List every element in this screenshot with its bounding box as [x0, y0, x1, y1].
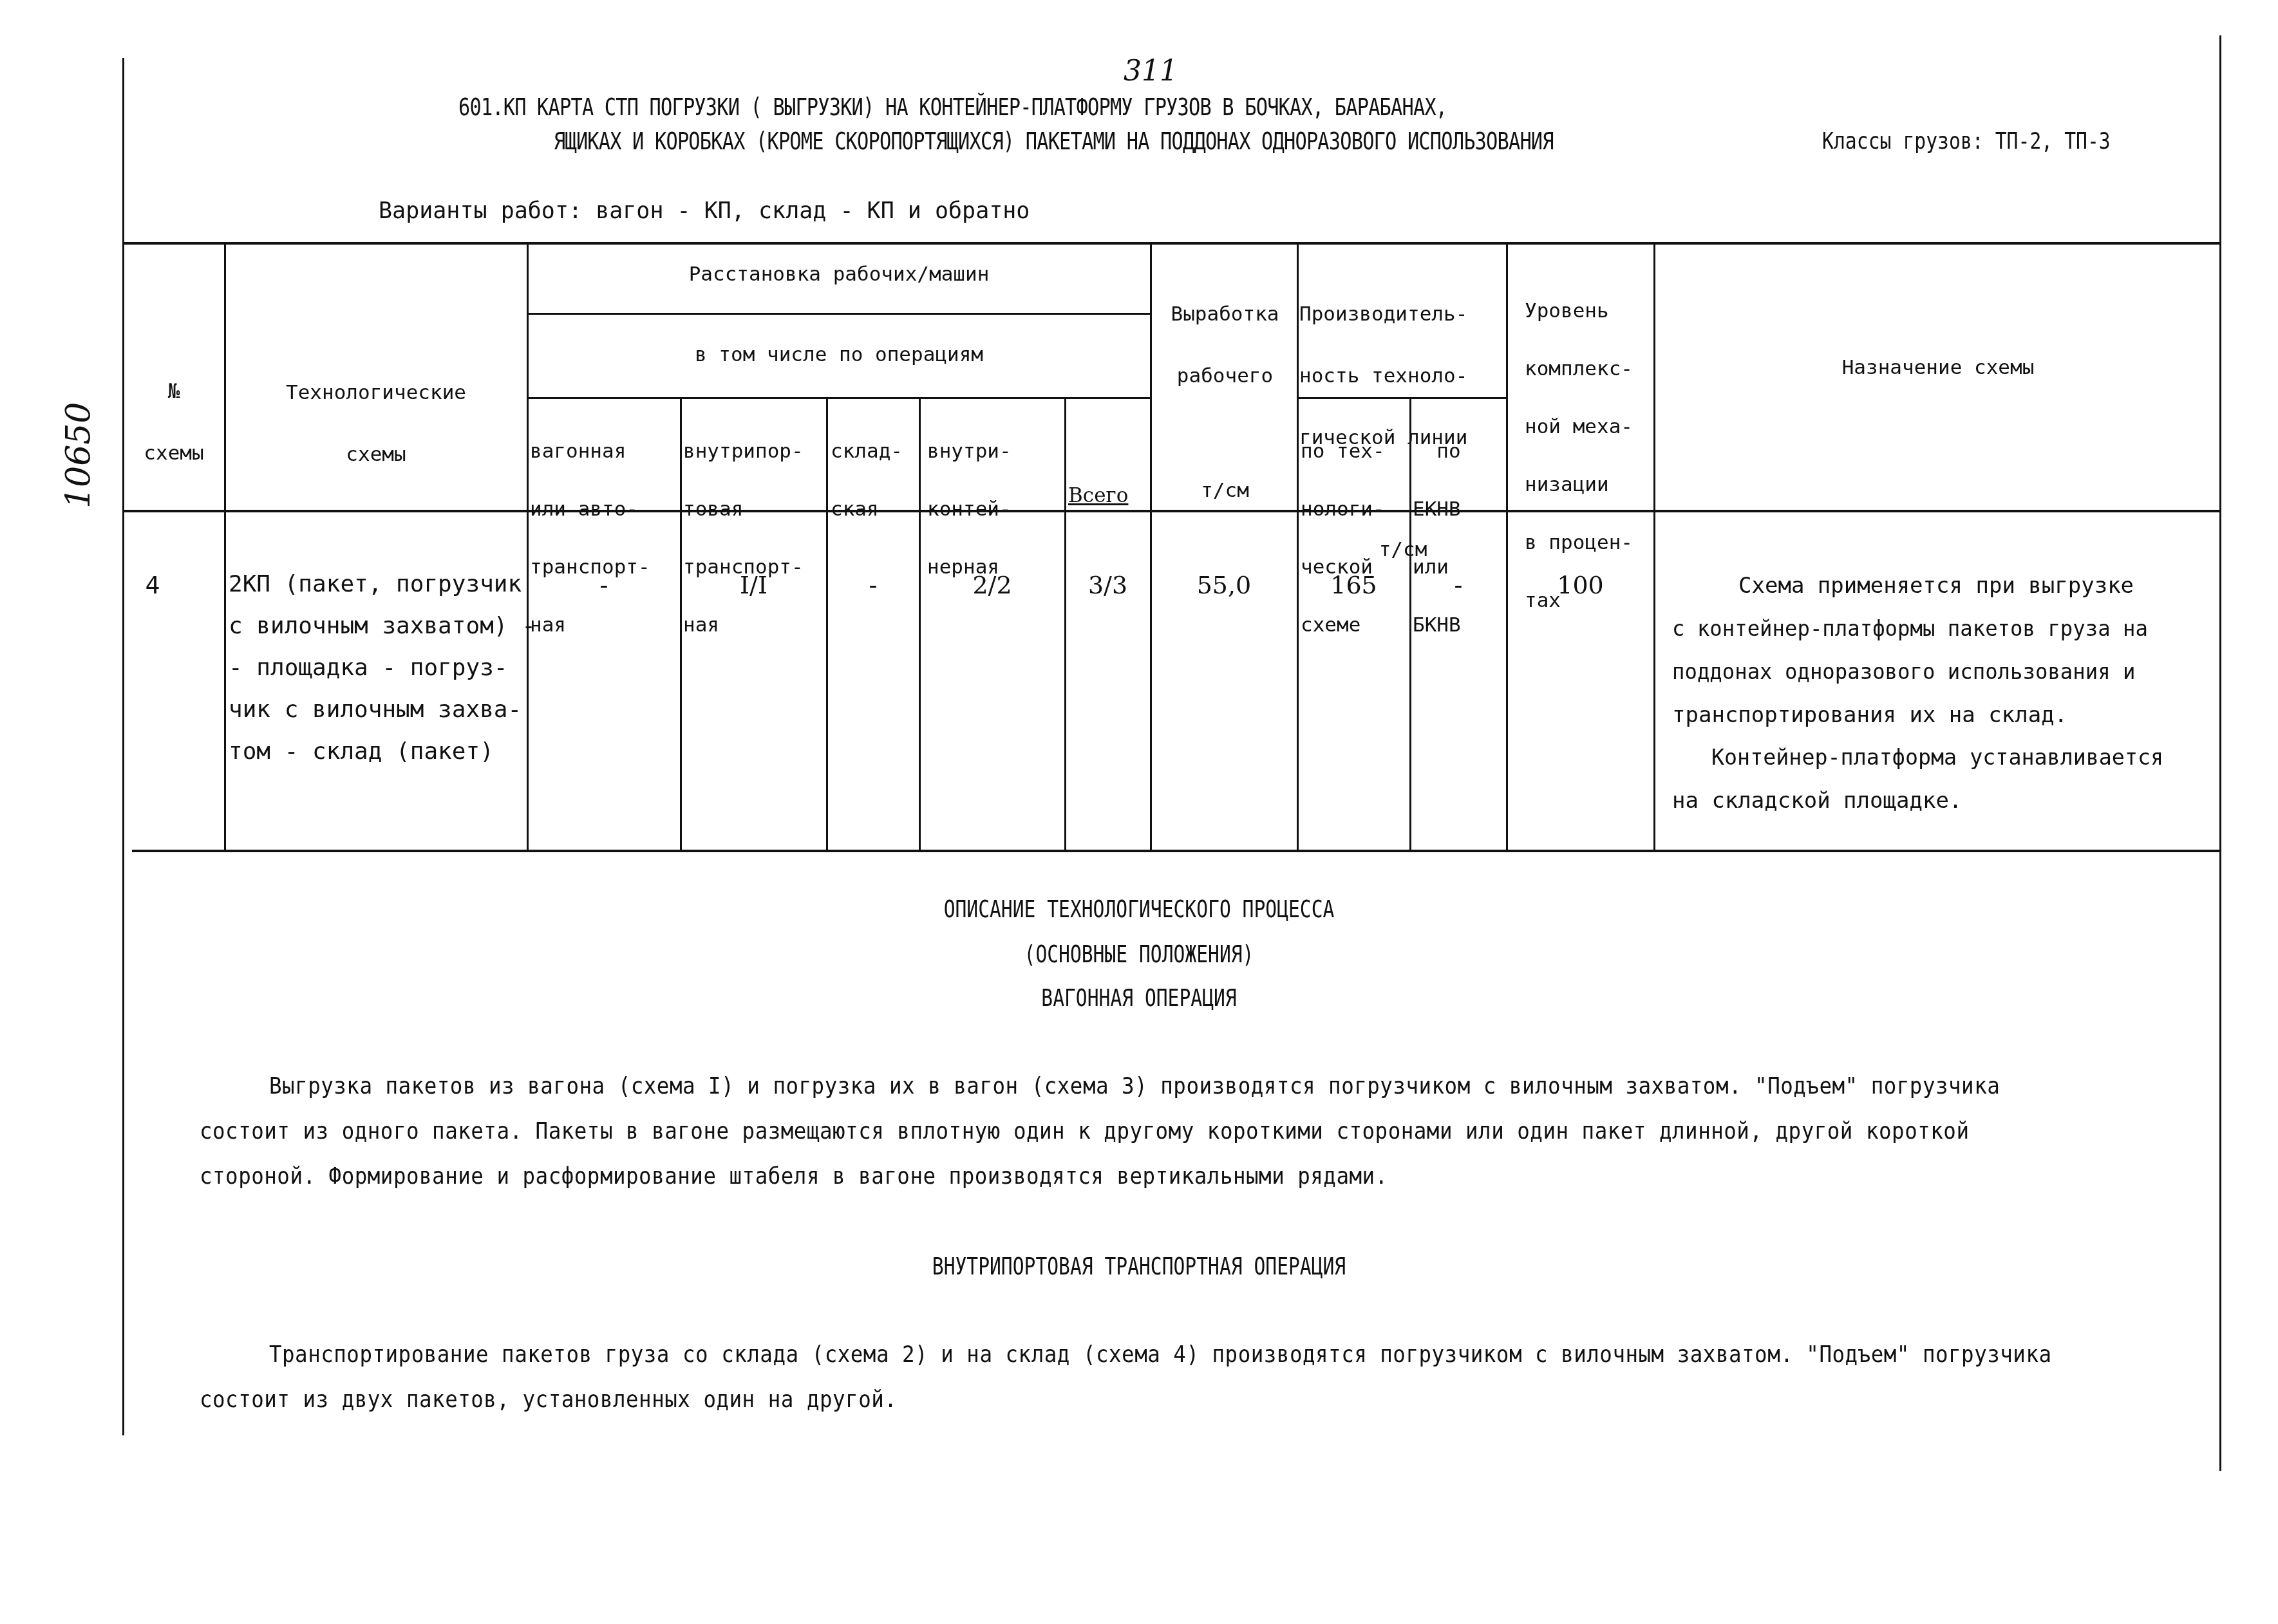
tech-scheme-line: с вилочным захватом) - — [229, 615, 536, 638]
section-wagon-title: ВАГОННАЯ ОПЕРАЦИЯ — [250, 984, 2028, 1012]
margin-number: 10650 — [59, 402, 98, 509]
tech-scheme-line: том - склад (пакет) — [229, 740, 494, 763]
header-text: схеме — [1301, 615, 1385, 635]
header-text: т/см — [1153, 480, 1297, 501]
header-op-total: Всего — [1068, 444, 1128, 547]
header-op-wagon: вагонная или авто- транспорт- ная — [530, 403, 650, 673]
document-title-line-1: 601.КП КАРТА СТП ПОГРУЗКИ ( ВЫГРУЗКИ) НА… — [458, 93, 1447, 121]
col-divider — [527, 243, 529, 851]
header-text: рабочего — [1153, 366, 1297, 386]
col-divider — [919, 398, 921, 851]
header-text: вагонная — [530, 442, 650, 461]
header-text: товая — [683, 499, 804, 519]
header-text: № — [124, 381, 224, 402]
placement-divider — [527, 313, 1152, 315]
cell-intraport: I/I — [681, 573, 826, 597]
col-divider — [826, 398, 828, 851]
purpose-line: Схема применяется при выгрузке — [1738, 575, 2134, 597]
purpose-line: транспортирования их на склад. — [1672, 704, 2067, 726]
header-text: нологи- — [1301, 499, 1385, 519]
page-number: 311 — [1124, 55, 1178, 88]
tech-scheme-line: - площадка - погруз- — [229, 657, 507, 680]
purpose-line: Контейнер-платформа устанавливается — [1711, 747, 2163, 769]
cargo-classes: Классы грузов: ТП-2, ТП-3 — [1822, 129, 2111, 154]
description-heading: ОПИСАНИЕ ТЕХНОЛОГИЧЕСКОГО ПРОЦЕССА — [250, 895, 2028, 923]
col-divider — [1064, 398, 1066, 851]
header-text: внутрипор- — [683, 442, 804, 461]
cell-prod-tech-scheme: 165 — [1298, 573, 1409, 597]
cell-wagon-auto: - — [528, 573, 680, 597]
col-divider — [1653, 243, 1655, 851]
header-prod-eknv: по ЕКНВ или БКНВ — [1413, 403, 1461, 673]
header-text: схемы — [225, 444, 527, 465]
col-divider — [680, 398, 682, 851]
header-text: Всего — [1068, 485, 1128, 506]
purpose-line: с контейнер-платформы пакетов груза на — [1672, 618, 2148, 640]
header-prod-tech-scheme: по тех- нологи- ческой схеме — [1301, 403, 1385, 673]
header-tech-schemes: Технологические схемы — [225, 341, 527, 506]
header-text: ЕКНВ — [1413, 499, 1461, 519]
page-left-border — [122, 58, 124, 1435]
paragraph-line: Транспортирование пакетов груза со склад… — [269, 1342, 2052, 1368]
header-text: контей- — [927, 499, 1012, 519]
header-op-intraport: внутрипор- товая транспорт- ная — [683, 403, 804, 673]
table-top-border — [122, 242, 2221, 245]
header-text: или авто- — [530, 499, 650, 519]
header-text: комплекс- — [1525, 359, 1633, 378]
ops-divider — [527, 397, 1152, 399]
header-output-per-worker: Выработка рабочего т/см — [1153, 263, 1297, 542]
header-text: ная — [530, 615, 650, 635]
purpose-line: на складской площадке. — [1672, 790, 1962, 812]
col-divider — [224, 243, 226, 851]
cell-prod-eknv: - — [1411, 573, 1506, 597]
header-text: в процен- — [1525, 533, 1633, 552]
page-right-border — [2219, 35, 2221, 1471]
header-text: Уровень — [1525, 301, 1633, 321]
header-including-ops: в том числе по операциям — [528, 344, 1150, 365]
header-text: БКНВ — [1413, 615, 1461, 635]
section-intraport-title: ВНУТРИПОРТОВАЯ ТРАНСПОРТНАЯ ОПЕРАЦИЯ — [250, 1252, 2028, 1280]
header-text: Производитель- — [1299, 304, 1507, 324]
cell-intracontainer: 2/2 — [920, 573, 1064, 597]
paragraph-line: стороной. Формирование и расформирование… — [200, 1164, 1388, 1190]
tech-scheme-line: 2КП (пакет, погрузчик — [229, 573, 522, 596]
tech-scheme-line: чик с вилочным захва- — [229, 698, 522, 722]
header-text: низации — [1525, 475, 1633, 494]
paragraph-line: состоит из двух пакетов, установленных о… — [200, 1387, 897, 1413]
paragraph-line: Выгрузка пакетов из вагона (схема I) и п… — [269, 1074, 2000, 1099]
header-placement: Расстановка рабочих/машин — [528, 264, 1150, 285]
header-text: схемы — [124, 443, 224, 463]
header-text: Выработка — [1153, 304, 1297, 324]
col-divider — [1150, 243, 1152, 851]
purpose-line: поддонах одноразового использования и — [1672, 661, 2136, 683]
table-bottom-border — [132, 850, 2221, 852]
header-text — [1153, 427, 1297, 439]
description-subheading: (ОСНОВНЫЕ ПОЛОЖЕНИЯ) — [250, 940, 2028, 968]
header-text: по — [1413, 442, 1461, 461]
header-text: ной меха- — [1525, 417, 1633, 436]
header-text: Технологические — [225, 382, 527, 403]
paragraph-line: состоит из одного пакета. Пакеты в вагон… — [200, 1119, 1969, 1144]
header-text: склад- — [831, 442, 903, 461]
cell-scheme-no: 4 — [124, 573, 182, 597]
header-text: внутри- — [927, 442, 1012, 461]
work-variants: Варианты работ: вагон - КП, склад - КП и… — [379, 198, 1030, 224]
cell-warehouse: - — [827, 573, 919, 597]
header-text: по тех- — [1301, 442, 1385, 461]
cell-total: 3/3 — [1066, 573, 1150, 597]
document-title-line-2: ЯЩИКАХ И КОРОБКАХ (КРОМЕ СКОРОПОРТЯЩИХСЯ… — [554, 127, 1554, 155]
header-text: ность техноло- — [1299, 366, 1507, 386]
header-purpose: Назначение схемы — [1655, 357, 2221, 378]
header-op-warehouse: склад- ская — [831, 403, 903, 557]
header-text: ская — [831, 499, 903, 519]
header-text: ная — [683, 615, 804, 635]
cell-mechanization: 100 — [1507, 573, 1653, 597]
header-scheme-no: № схемы — [124, 340, 224, 505]
cell-output-per-worker: 55,0 — [1151, 573, 1297, 597]
